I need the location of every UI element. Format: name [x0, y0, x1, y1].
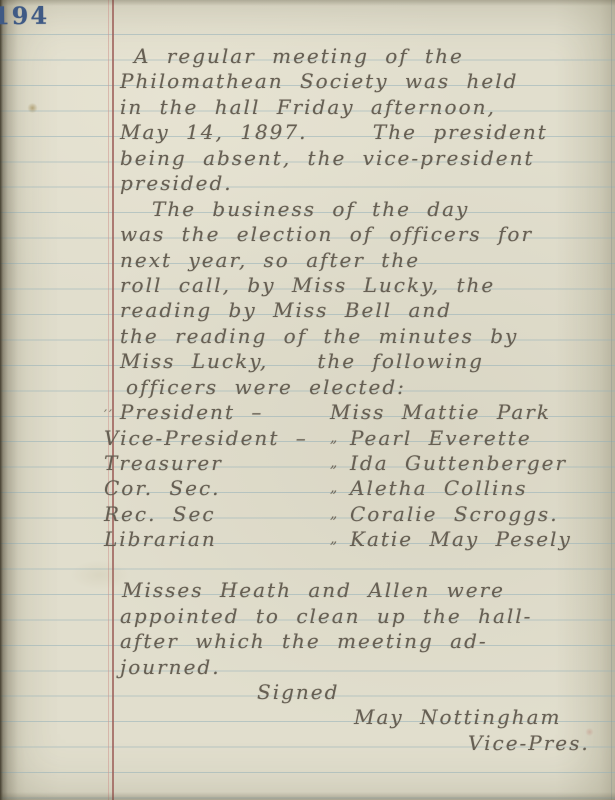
officer-list: ′′President – Miss Mattie Park Vice-Pres…: [104, 400, 604, 553]
handwritten-line: being absent, the vice-president: [104, 146, 604, 171]
officer-name: Katie May Pesely: [350, 527, 572, 552]
officer-row: Rec. Sec „ Coralie Scroggs.: [104, 502, 604, 527]
officer-name: Aletha Collins: [350, 476, 528, 501]
officer-name: Coralie Scroggs.: [350, 502, 559, 527]
officer-title: Librarian: [104, 527, 330, 552]
binding-gutter-shadow: [0, 0, 18, 800]
handwritten-line: A regular meeting of the: [104, 44, 604, 69]
right-page-edge: [611, 0, 612, 800]
officer-row: Treasurer „ Ida Guttenberger: [104, 451, 604, 476]
handwritten-line: the reading of the minutes by: [104, 324, 604, 349]
ledger-page: 194 A regular meeting of the Philomathea…: [0, 0, 615, 800]
handwritten-line: Misses Heath and Allen were: [104, 578, 604, 603]
ditto-mark: „: [330, 451, 350, 476]
paper-stain: [27, 103, 38, 113]
signature-title: Vice-Pres.: [104, 731, 604, 756]
handwritten-line: Miss Lucky, the following: [104, 349, 604, 374]
bottom-edge-shadow: [0, 792, 615, 800]
handwritten-line: The business of the day: [104, 197, 604, 222]
handwritten-line: May 14, 1897. The president: [104, 120, 604, 145]
handwritten-line: reading by Miss Bell and: [104, 298, 604, 323]
ditto-mark: „: [330, 527, 350, 552]
officer-title: Cor. Sec.: [104, 476, 330, 501]
handwritten-line: roll call, by Miss Lucky, the: [104, 273, 604, 298]
blank-line: [104, 553, 604, 578]
handwritten-line: appointed to clean up the hall-: [104, 604, 604, 629]
officer-name: Pearl Everette: [350, 426, 532, 451]
ditto-mark: „: [330, 502, 350, 527]
handwritten-line: presided.: [104, 171, 604, 196]
handwritten-minutes: A regular meeting of the Philomathean So…: [104, 44, 604, 756]
handwritten-line: after which the meeting ad-: [104, 629, 604, 654]
officer-title: Treasurer: [104, 451, 330, 476]
officer-title: Vice-President –: [104, 426, 330, 451]
handwritten-line: was the election of officers for: [104, 222, 604, 247]
officer-title: ′′President –: [104, 400, 330, 425]
handwritten-line: officers were elected:: [104, 375, 604, 400]
stray-mark: ′′: [104, 408, 120, 423]
officer-title-text: President –: [120, 400, 263, 424]
handwritten-line: in the hall Friday afternoon,: [104, 95, 604, 120]
officer-title: Rec. Sec: [104, 502, 330, 527]
page-number-stamp: 194: [0, 1, 49, 30]
ditto-mark: „: [330, 426, 350, 451]
officer-name: Miss Mattie Park: [330, 400, 551, 425]
officer-row: ′′President – Miss Mattie Park: [104, 400, 604, 425]
officer-row: Cor. Sec. „ Aletha Collins: [104, 476, 604, 501]
officer-row: Librarian „ Katie May Pesely: [104, 527, 604, 552]
ditto-mark: „: [330, 476, 350, 501]
officer-row: Vice-President – „ Pearl Everette: [104, 426, 604, 451]
handwritten-line: journed.: [104, 655, 604, 680]
signature-name: May Nottingham: [104, 705, 604, 730]
handwritten-line: next year, so after the: [104, 248, 604, 273]
signed-label: Signed: [104, 680, 604, 705]
top-edge-shadow: [0, 0, 615, 6]
handwritten-line: Philomathean Society was held: [104, 69, 604, 94]
officer-name: Ida Guttenberger: [350, 451, 567, 476]
